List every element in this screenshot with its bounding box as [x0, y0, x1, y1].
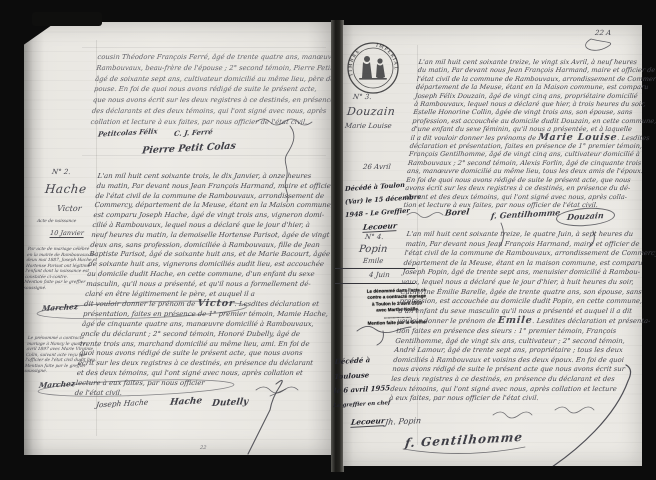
sheet-number: 22	[200, 445, 207, 451]
handwritten-line: cilié à Rambouvaux, lequel nous a déclar…	[92, 221, 338, 231]
handwritten-line: et des deux témoins, qui l'ont signé ave…	[76, 369, 322, 379]
handwritten-line: avons écrit sur les deux registres à ce …	[405, 184, 654, 192]
handwritten-line: nous avons rédigé de suite le présent ac…	[392, 365, 648, 375]
faint-rule	[82, 155, 326, 156]
line-fragment: . Lesdites	[617, 134, 650, 142]
handwritten-line: l'état civil de la commune de Rambouvaux…	[416, 75, 656, 83]
handwritten-line: deux ans, sans profession, domiciliée à …	[90, 241, 336, 251]
witness-signature-scribble	[493, 412, 532, 418]
child-name: Emile	[497, 315, 533, 326]
handwritten-line-with-name: il a dit vouloir donner les prénoms de M…	[410, 134, 656, 142]
margin-act-number: N° 4.	[365, 233, 384, 241]
signature-witness: Dutelly	[211, 397, 249, 409]
handwritten-line: les deux registres à ce destinés, en pré…	[391, 375, 647, 385]
signature-witness: f. Gentilhomme	[404, 430, 524, 450]
handwritten-line: profession, est accouchée au domicile du…	[399, 297, 655, 307]
svg-text:TIMBRE: TIMBRE	[348, 48, 362, 77]
handwritten-line: soussigné.	[24, 369, 93, 375]
handwritten-line: l'état civil de la commune de Rambouvaux…	[404, 249, 656, 259]
handwritten-line: tion faites en présence des sieurs : 1° …	[396, 327, 652, 337]
handwritten-line: Catherine Émilie Barelle, âgée de trente…	[400, 288, 656, 298]
marginal-mention: Le prénommé a contracté mariage à Nancy …	[24, 336, 96, 375]
mayor-signature-scribble	[555, 407, 594, 413]
handwritten-line: L'an mil huit cent soixante treize, le q…	[406, 230, 656, 240]
handwritten-line: présentation, faites en présence de 1° p…	[82, 310, 328, 320]
margin-date: 26 Avril	[363, 163, 392, 171]
handwritten-line: soussigné.	[23, 286, 92, 292]
act4-text: L'an mil huit cent soixante treize, le q…	[389, 230, 656, 404]
handwritten-line: Par acte de mariage célébré	[27, 247, 96, 253]
handwritten-line: de l'état civil de la commune de Rambouv…	[95, 192, 341, 202]
handwritten-line: est comparu Joseph Hache, âgé de vingt t…	[93, 211, 339, 221]
handwritten-line: Baptiste Parisot, âgé de soixante huit a…	[89, 250, 335, 260]
handwritten-line: Mention faite par le greffier	[24, 280, 93, 286]
act2-text: L'an mil huit cent soixante trois, le di…	[74, 172, 343, 398]
handwritten-line: deux mai 1887, Joseph Hache et	[26, 258, 95, 264]
handwritten-line: ans, manœuvre domicilié au même lieu, to…	[407, 167, 656, 175]
handwritten-line: l'officier de l'état civil dudit lieu.	[25, 358, 94, 364]
handwritten-line: André Lamour, âgé de trente sept ans, pr…	[394, 346, 650, 356]
signature-witness: Borel	[444, 206, 470, 217]
folio-number: 22 A	[595, 29, 612, 37]
signature-witness: Petitcolas Félix	[97, 126, 158, 138]
handwritten-line: Joseph Félix Douzain, âgé de vingt cinq …	[415, 92, 656, 100]
handwritten-line: département de la Meuse, étant en la Mai…	[415, 83, 656, 91]
marginal-mention: Par acte de mariage célébré en la mairie…	[23, 247, 96, 291]
handwritten-line: masculin, qu'il nous a présenté, et qu'i…	[86, 280, 332, 290]
handwritten-line: à Rambouvaux, lequel nous a déclaré que …	[414, 100, 656, 108]
handwritten-line: François Gentilhomme, âgé de vingt cinq …	[408, 150, 656, 158]
handwritten-line: domiciliés à Rambouvaux et voisins des d…	[393, 356, 649, 366]
handwritten-line: département de la Meuse, étant en la mai…	[403, 259, 656, 269]
handwritten-line: écrit sur les deux registres à ce destin…	[77, 359, 323, 369]
handwritten-line: En foi de quoi nous avons rédigé de suit…	[406, 176, 655, 184]
signature-greffier: Marchez	[41, 302, 78, 313]
faint-rule	[82, 47, 326, 48]
line-fragment: dit vouloir donner le prénom de	[84, 300, 198, 308]
handwritten-line: Le greffier en chef	[333, 396, 391, 414]
handwritten-line: matin, Par devant nous Jean François Har…	[405, 240, 656, 250]
handwritten-line: d'une enfant du sexe féminin, qu'il nous…	[411, 125, 656, 133]
handwritten-line: du matin, Par devant nous Jean François …	[417, 66, 656, 74]
handwritten-line: L'an mil huit cent soixante trois, le di…	[97, 172, 343, 182]
handwritten-line: Estelle Honorine Collin, âgée de vingt t…	[413, 108, 656, 116]
handwritten-line: Commercy, département de la Meuse, étant…	[94, 201, 340, 211]
margin-firstname: Victor	[57, 204, 82, 213]
stamp-figures	[359, 56, 387, 80]
margin-surname: Hache	[44, 182, 87, 196]
handwritten-line: au domicile dudit Hache, en cette commun…	[87, 270, 333, 280]
signature-declarant: Douzain	[555, 206, 616, 227]
child-name: Marie Louise	[538, 132, 618, 143]
handwritten-line: à eux faites, par nous officier de l'éta…	[389, 394, 645, 404]
left-page: cousin Théodore François Ferré, âgé de t…	[24, 22, 332, 455]
handwritten-line: vaux, lequel nous a déclaré que le jour …	[401, 278, 656, 288]
act3-text: L'an mil huit cent soixante treize, le v…	[403, 58, 656, 209]
margin-date: 4 Juin	[369, 271, 391, 279]
margin-firstname: Emile	[363, 257, 384, 265]
folio-flourish	[586, 39, 611, 50]
handwritten-line: clarant et des deux témoins, qui l'ont s…	[404, 193, 653, 201]
signature-greffier: Lecoeur	[362, 221, 397, 233]
handwritten-line: trente trois ans, marchand domicilié au …	[79, 340, 325, 350]
register-scan: cousin Théodore François Ferré, âgé de t…	[0, 0, 656, 480]
handwritten-line: âgé de cinquante quatre ans, manœuvre do…	[81, 320, 327, 330]
margin-surname: Douzain	[346, 105, 396, 118]
handwritten-line-with-name: dit vouloir donner le prénom de Victor. …	[83, 299, 329, 310]
handwritten-line: Rambouvaux ; 2° second témoin, Alexis Fo…	[408, 159, 656, 167]
handwritten-line: lecture à eux faites, par nous officier	[75, 379, 321, 389]
signature-declarant: Joseph Hache	[95, 398, 148, 410]
signature-greffier: Marchez	[38, 379, 75, 390]
handwritten-line: l'enfant dont la naissance est	[25, 269, 94, 275]
handwritten-line: avril 1897 avec Marie Virginie	[26, 347, 95, 353]
line-fragment: vouloir donner le prénom de	[397, 317, 498, 325]
handwritten-line: du matin, Par devant nous Jean François …	[96, 182, 342, 192]
signature-witness: C. J. Ferré	[173, 127, 213, 138]
scan-edge-shadow	[32, 12, 102, 26]
line-fragment: . Lesdites déclaration et présenta-	[532, 317, 651, 325]
right-page: 22 A TIMBRE IMPERIAL N° 3. Douzain	[343, 25, 642, 466]
handwritten-line-with-name: vouloir donner le prénom de Emile. Lesdi…	[397, 316, 654, 327]
handwritten-line: déclaration et présentation, faites en p…	[409, 142, 656, 150]
handwritten-line: quoi nous avons rédigé de suite le prése…	[78, 349, 324, 359]
margin-note: Acte de naissance	[37, 219, 77, 224]
handwritten-line: deux témoins, qui l'ont signé avec nous,…	[390, 385, 646, 395]
child-name: Victor	[197, 298, 235, 309]
signature-witness: Hache	[169, 396, 202, 408]
handwritten-line: L'an mil huit cent soixante treize, le v…	[418, 58, 656, 66]
margin-surname: Popin	[358, 244, 388, 255]
handwritten-line: de soixante huit ans, vignerons domicili…	[88, 260, 334, 270]
timbre-imperial-stamp-icon: TIMBRE IMPERIAL	[345, 40, 401, 96]
death-mention: Décédé à Toulouse le 6 avril 1955 Le gre…	[333, 352, 392, 413]
line-fragment: il a dit vouloir donner les prénoms de	[410, 134, 538, 142]
margin-date: 10 Janvier	[50, 229, 85, 238]
margin-act-number: N° 2.	[52, 168, 71, 176]
handwritten-line: Joseph Popin, âgé de trente sept ans, me…	[402, 268, 656, 278]
signature-greffier: Lecoeur	[350, 416, 385, 428]
handwritten-line: oncle du déclarant ; 2° second témoin, H…	[80, 330, 326, 340]
line-fragment: . Lesdites déclaration et	[234, 300, 319, 308]
margin-act-number: N° 3.	[353, 93, 372, 101]
handwritten-line: Gentilhomme, âgé de vingt six ans, culti…	[395, 337, 651, 347]
margin-firstname: Marie Louise	[345, 122, 392, 130]
handwritten-line: neuf heures du matin, la demoiselle Hort…	[91, 231, 337, 241]
handwritten-line: profession, est accouchée au domicile du…	[412, 117, 656, 125]
